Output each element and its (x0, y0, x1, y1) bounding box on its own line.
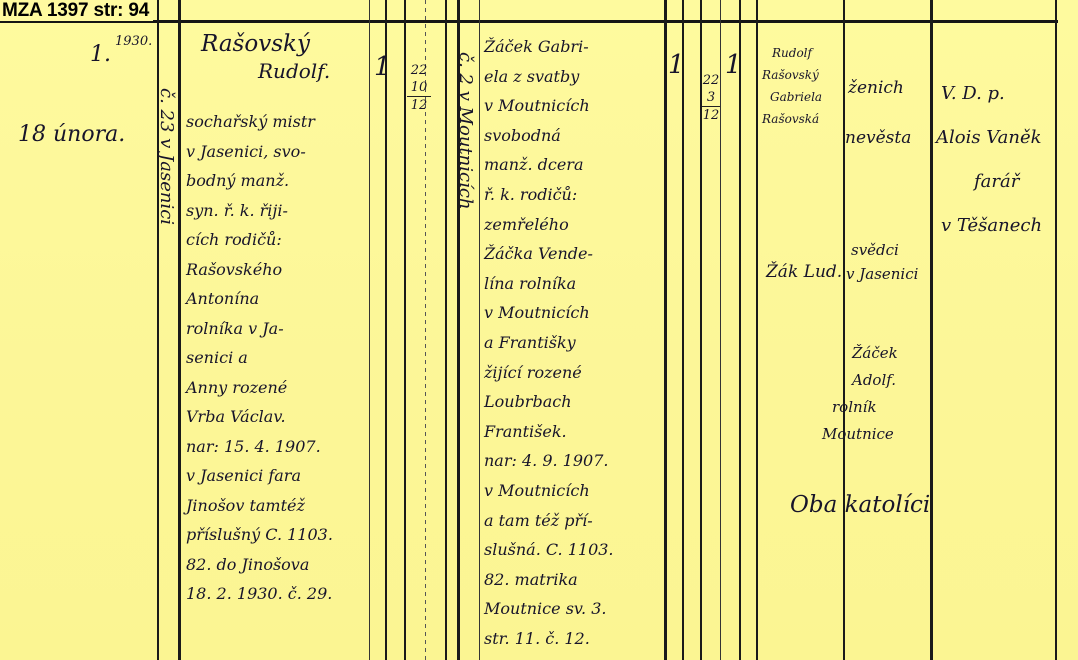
bride-line: zemřelého (484, 210, 664, 240)
signatures: RudolfRašovskýGabrielaRašovská (762, 42, 842, 130)
column-rule (479, 0, 480, 660)
bride-line: v Moutnicích (484, 298, 664, 328)
officiant: V. D. p.Alois Vaněkfarářv Těšanech (936, 72, 1076, 248)
bride-label: nevěsta (845, 128, 911, 148)
signature-line: Rudolf (772, 42, 842, 64)
groom-line: Rašovský (201, 30, 368, 58)
groom-line: v Jasenici fara (186, 461, 371, 491)
religion-note: Oba katolíci (790, 492, 930, 518)
bride-religion-mark: 1 (668, 50, 685, 80)
groom-line: Antonína (186, 284, 371, 314)
witness-1-line: v Jasenici (846, 262, 936, 286)
signature-line: Gabriela (770, 86, 842, 108)
witness-2-line: rolník (832, 394, 942, 421)
bride-line: manž. dcera (484, 150, 664, 180)
groom-age-bottom: 12 (407, 96, 431, 114)
groom-line: nar: 15. 4. 1907. (186, 432, 371, 462)
groom-entry: Rašovský Rudolf. (183, 30, 368, 84)
bride-line: František. (484, 417, 664, 447)
column-rule (682, 0, 684, 660)
witness-2-line: Žáček (852, 340, 942, 367)
bride-line: v Moutnicích (484, 91, 664, 121)
groom-age: 22 10 12 (407, 62, 431, 114)
groom-line: Rudolf. (258, 58, 368, 84)
record-number: 1. (90, 42, 111, 67)
column-rule (720, 0, 721, 660)
groom-line: příslušný C. 1103. (186, 520, 371, 550)
bride-line: ela z svatby (484, 62, 664, 92)
bride-age: 22 3 12 (702, 72, 720, 124)
witness-mark: Žák Lud. (766, 262, 842, 282)
signature-line: Rašovský (762, 64, 842, 86)
bride-age-bottom: 12 (702, 106, 720, 124)
bride-line: Žáčka Vende- (484, 239, 664, 269)
column-rule (178, 0, 181, 660)
bride-entry: Žáček Gabri-ela z svatbyv Moutnicíchsvob… (484, 32, 664, 653)
witness-1: svědciv Jasenici (846, 238, 936, 286)
column-rule (739, 0, 741, 660)
groom-line: Rašovského (186, 255, 371, 285)
groom-line: Vrba Václav. (186, 402, 371, 432)
bride-line: Moutnice sv. 3. (484, 594, 664, 624)
groom-entry-body: sochařský mistrv Jasenici, svo-bodný man… (186, 107, 371, 609)
bride-line: Žáček Gabri- (484, 32, 664, 62)
groom-line: bodný manž. (186, 166, 371, 196)
bride-line: a tam též pří- (484, 506, 664, 536)
column-rule (930, 0, 933, 660)
groom-house-number: č. 23 v Jasenici (156, 88, 177, 225)
witness-2-line: Adolf. (852, 367, 942, 394)
officiant-line: V. D. p. (941, 72, 1076, 116)
groom-age-top: 22 (411, 63, 428, 78)
column-rule (445, 0, 447, 660)
groom-line: Jinošov tamtéž (186, 491, 371, 521)
register-page: MZA 1397 str: 94 1. 1930. 18 února. č. 2… (0, 0, 1078, 660)
groom-line: 18. 2. 1930. č. 29. (186, 579, 371, 609)
record-year: 1930. (115, 34, 152, 49)
bride-line: žijící rozené (484, 358, 664, 388)
bride-line: lína rolníka (484, 269, 664, 299)
witness-2: ŽáčekAdolf.rolníkMoutnice (832, 340, 942, 448)
groom-religion-mark: 1 (374, 52, 391, 82)
bride-house-number: č. 2 v Moutnicích (455, 52, 476, 210)
witness-2-line: Moutnice (822, 421, 942, 448)
column-rule (404, 0, 406, 660)
witness-1-line: svědci (851, 238, 936, 262)
officiant-line: Alois Vaněk (936, 116, 1076, 160)
bride-age-top: 22 (703, 73, 720, 88)
groom-line: Anny rozené (186, 373, 371, 403)
bride-line: str. 11. č. 12. (484, 624, 664, 654)
groom-label: ženich (848, 78, 904, 98)
groom-line: sochařský mistr (186, 107, 371, 137)
officiant-line: farář (974, 160, 1076, 204)
column-rule (843, 0, 845, 660)
column-rule (756, 0, 758, 660)
bride-age-mid: 3 (707, 90, 715, 105)
archive-reference: MZA 1397 str: 94 (0, 0, 153, 21)
groom-age-mid: 10 (411, 80, 428, 95)
signature-line: Rašovská (762, 108, 842, 130)
groom-line: senici a (186, 343, 371, 373)
groom-line: 82. do Jinošova (186, 550, 371, 580)
groom-line: syn. ř. k. řiji- (186, 196, 371, 226)
bride-line: svobodná (484, 121, 664, 151)
column-rule (385, 0, 387, 660)
officiant-line: v Těšanech (941, 204, 1076, 248)
column-rule (664, 0, 667, 660)
groom-line: v Jasenici, svo- (186, 137, 371, 167)
groom-line: cích rodičů: (186, 225, 371, 255)
bride-line: 82. matrika (484, 565, 664, 595)
bride-line: slušná. C. 1103. (484, 535, 664, 565)
record-date: 18 února. (18, 122, 125, 147)
bride-extra-mark: 1 (725, 50, 742, 80)
bride-line: v Moutnicích (484, 476, 664, 506)
bride-line: nar: 4. 9. 1907. (484, 446, 664, 476)
bride-line: Loubrbach (484, 387, 664, 417)
bride-line: ř. k. rodičů: (484, 180, 664, 210)
groom-line: rolníka v Ja- (186, 314, 371, 344)
bride-line: a Františky (484, 328, 664, 358)
